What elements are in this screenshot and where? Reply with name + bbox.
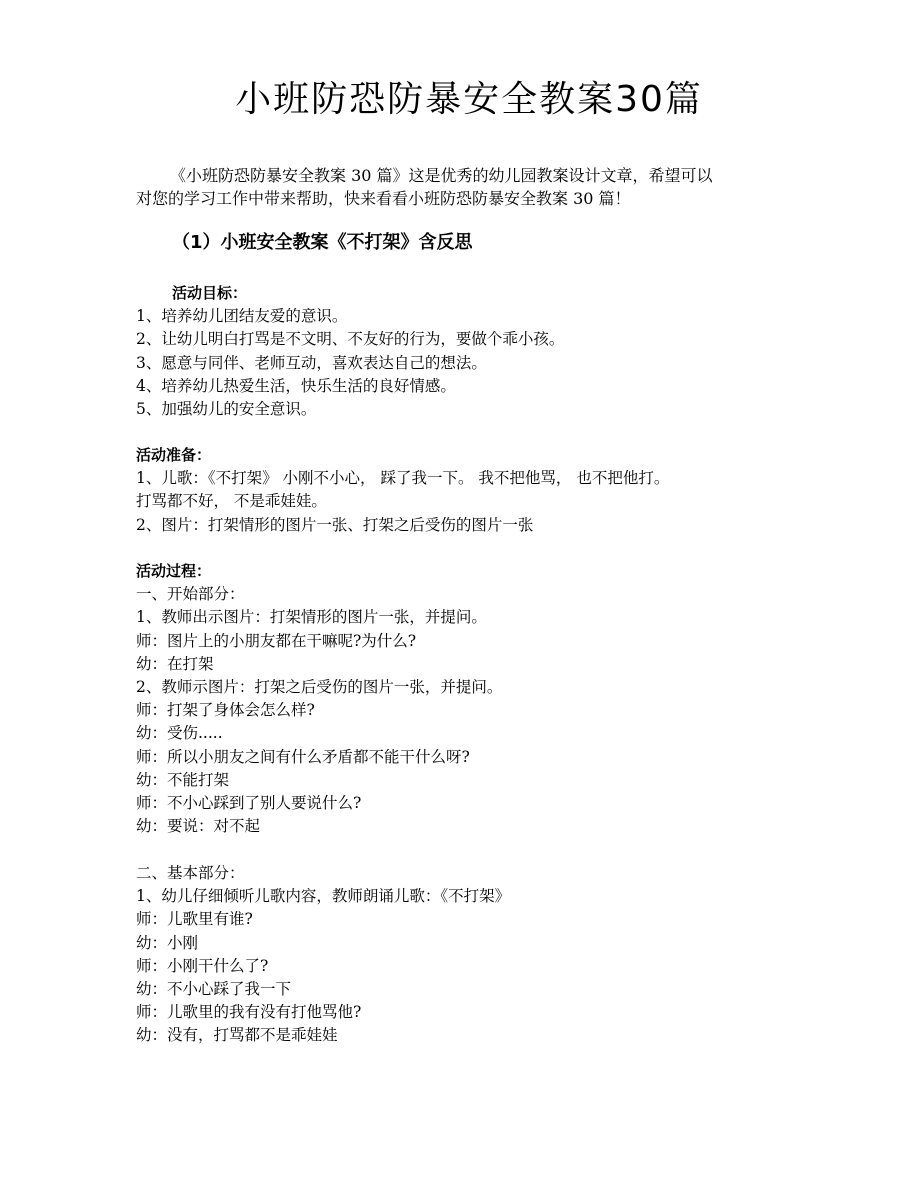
- process-part2-block: 二、基本部分： 1、幼儿仔细倾听儿歌内容，教师朗诵儿歌：《不打架》 师：儿歌里有…: [136, 862, 796, 1048]
- preparation-item: 打骂都不好， 不是乖娃娃。: [136, 490, 796, 513]
- goal-item: 3、愿意与同伴、老师互动，喜欢表达自己的想法。: [136, 352, 796, 375]
- process-line: 幼：受伤.....: [136, 722, 796, 745]
- preparation-block: 活动准备： 1、儿歌：《不打架》 小刚不小心， 踩了我一下。 我不把他骂， 也不…: [136, 444, 796, 537]
- process-line: 师：小刚干什么了?: [136, 955, 796, 978]
- goal-item: 1、培养幼儿团结友爱的意识。: [136, 305, 796, 328]
- process-line: 师：所以小朋友之间有什么矛盾都不能干什么呀?: [136, 746, 796, 769]
- goal-item: 5、加强幼儿的安全意识。: [136, 398, 796, 421]
- document-page: 小班防恐防暴安全教案30篇 《小班防恐防暴安全教案 30 篇》这是优秀的幼儿园教…: [0, 0, 920, 1191]
- preparation-item: 2、图片：打架情形的图片一张、打架之后受伤的图片一张: [136, 514, 796, 537]
- intro-line-1: 《小班防恐防暴安全教案 30 篇》这是优秀的幼儿园教案设计文章，希望可以: [136, 164, 786, 187]
- intro-line-2: 对您的学习工作中带来帮助，快来看看小班防恐防暴安全教案 30 篇！: [136, 187, 786, 210]
- goal-item: 4、培养幼儿热爱生活，快乐生活的良好情感。: [136, 375, 796, 398]
- part-title: 一、开始部分：: [136, 583, 796, 606]
- process-line: 师：儿歌里的我有没有打他骂他?: [136, 1001, 796, 1024]
- intro-paragraph: 《小班防恐防暴安全教案 30 篇》这是优秀的幼儿园教案设计文章，希望可以 对您的…: [136, 164, 786, 210]
- preparation-item: 1、儿歌：《不打架》 小刚不小心， 踩了我一下。 我不把他骂， 也不把他打。: [136, 467, 796, 490]
- preparation-label: 活动准备：: [136, 444, 796, 467]
- process-line: 幼：没有，打骂都不是乖娃娃: [136, 1024, 796, 1047]
- part-title: 二、基本部分：: [136, 862, 796, 885]
- process-line: 师：打架了身体会怎么样?: [136, 699, 796, 722]
- process-line: 2、教师示图片：打架之后受伤的图片一张，并提问。: [136, 676, 796, 699]
- process-line: 幼：在打架: [136, 653, 796, 676]
- document-title: 小班防恐防暴安全教案30篇: [0, 76, 920, 124]
- process-line: 1、幼儿仔细倾听儿歌内容，教师朗诵儿歌：《不打架》: [136, 885, 796, 908]
- section-heading: （1）小班安全教案《不打架》含反思: [172, 230, 473, 256]
- goal-item: 2、让幼儿明白打骂是不文明、不友好的行为，要做个乖小孩。: [136, 328, 796, 351]
- process-line: 1、教师出示图片：打架情形的图片一张，并提问。: [136, 606, 796, 629]
- process-line: 师：不小心踩到了别人要说什么?: [136, 792, 796, 815]
- process-line: 师：图片上的小朋友都在干嘛呢?为什么?: [136, 630, 796, 653]
- process-line: 师：儿歌里有谁?: [136, 908, 796, 931]
- process-line: 幼：不能打架: [136, 769, 796, 792]
- process-block: 活动过程： 一、开始部分： 1、教师出示图片：打架情形的图片一张，并提问。 师：…: [136, 560, 796, 838]
- process-line: 幼：小刚: [136, 932, 796, 955]
- process-line: 幼：要说：对不起: [136, 815, 796, 838]
- process-label: 活动过程：: [136, 560, 796, 583]
- goals-label: 活动目标：: [136, 282, 796, 305]
- process-line: 幼：不小心踩了我一下: [136, 978, 796, 1001]
- goals-block: 活动目标： 1、培养幼儿团结友爱的意识。 2、让幼儿明白打骂是不文明、不友好的行…: [136, 282, 796, 421]
